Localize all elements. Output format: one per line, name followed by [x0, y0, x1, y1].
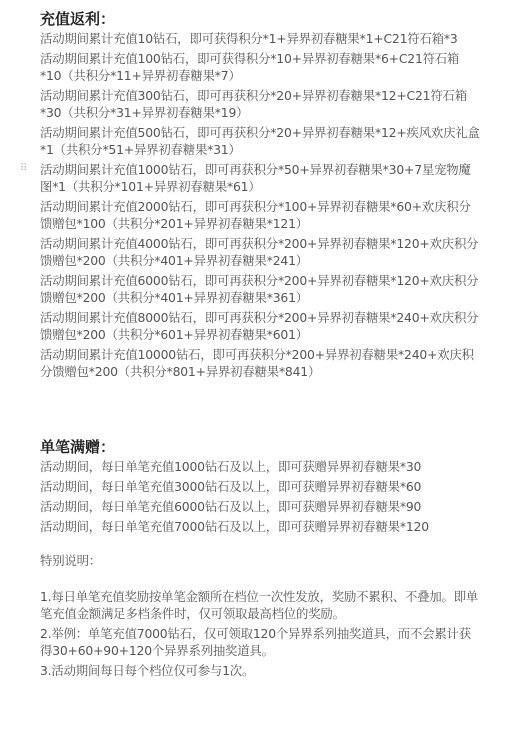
section-title-recharge-rebate: 充值返利：	[40, 8, 480, 30]
rebate-item: 活动期间累计充值500钻石，即可再获积分*20+异界初春糖果*12+疾风欢庆礼盒…	[40, 124, 480, 158]
drag-handle-icon[interactable]: ⠿	[20, 164, 28, 174]
note-item: 2.举例：单笔充值7000钻石，仅可领取120个异界系列抽奖道具，而不会累计获得…	[40, 625, 480, 659]
rebate-item: 活动期间累计充值1000钻石，即可再获积分*50+异界初春糖果*30+7星宠物魔…	[40, 162, 471, 194]
document: 充值返利： 活动期间累计充值10钻石，即可获得积分*1+异界初春糖果*1+C21…	[40, 8, 480, 682]
rebate-item: 活动期间累计充值2000钻石，即可再获积分*100+异界初春糖果*60+欢庆积分…	[40, 198, 480, 232]
single-recharge-item: 活动期间，每日单笔充值7000钻石及以上，即可获赠异界初春糖果*120	[40, 518, 480, 535]
notes-title: 特别说明：	[40, 552, 480, 569]
rebate-item: 活动期间累计充值8000钻石，即可再获积分*200+异界初春糖果*240+欢庆积…	[40, 309, 480, 343]
single-recharge-item: 活动期间，每日单笔充值1000钻石及以上，即可获赠异界初春糖果*30	[40, 458, 480, 475]
spacer	[40, 383, 480, 436]
section-title-single-recharge: 单笔满赠：	[40, 436, 480, 458]
note-item: 3.活动期间每日每个档位仅可参与1次。	[40, 662, 480, 679]
rebate-item: 活动期间累计充值6000钻石，即可再获积分*200+异界初春糖果*120+欢庆积…	[40, 272, 480, 306]
rebate-item: 活动期间累计充值4000钻石，即可再获积分*200+异界初春糖果*120+欢庆积…	[40, 235, 480, 269]
rebate-item: 活动期间累计充值10钻石，即可获得积分*1+异界初春糖果*1+C21符石箱*3	[40, 30, 480, 47]
rebate-item: 活动期间累计充值10000钻石，即可再获积分*200+异界初春糖果*240+欢庆…	[40, 346, 480, 380]
single-recharge-item: 活动期间，每日单笔充值6000钻石及以上，即可获赠异界初春糖果*90	[40, 498, 480, 515]
spacer	[40, 572, 480, 588]
rebate-item-block: ⠿ 活动期间累计充值1000钻石，即可再获积分*50+异界初春糖果*30+7星宠…	[40, 161, 480, 195]
rebate-item: 活动期间累计充值300钻石，即可再获积分*20+异界初春糖果*12+C21符石箱…	[40, 87, 480, 121]
note-item: 1.每日单笔充值奖励按单笔金额所在档位一次性发放，奖励不累积、不叠加。即单笔充值…	[40, 588, 480, 622]
single-recharge-item: 活动期间，每日单笔充值3000钻石及以上，即可获赠异界初春糖果*60	[40, 478, 480, 495]
spacer	[40, 538, 480, 552]
rebate-item: 活动期间累计充值100钻石，即可获得积分*10+异界初春糖果*6+C21符石箱*…	[40, 50, 480, 84]
